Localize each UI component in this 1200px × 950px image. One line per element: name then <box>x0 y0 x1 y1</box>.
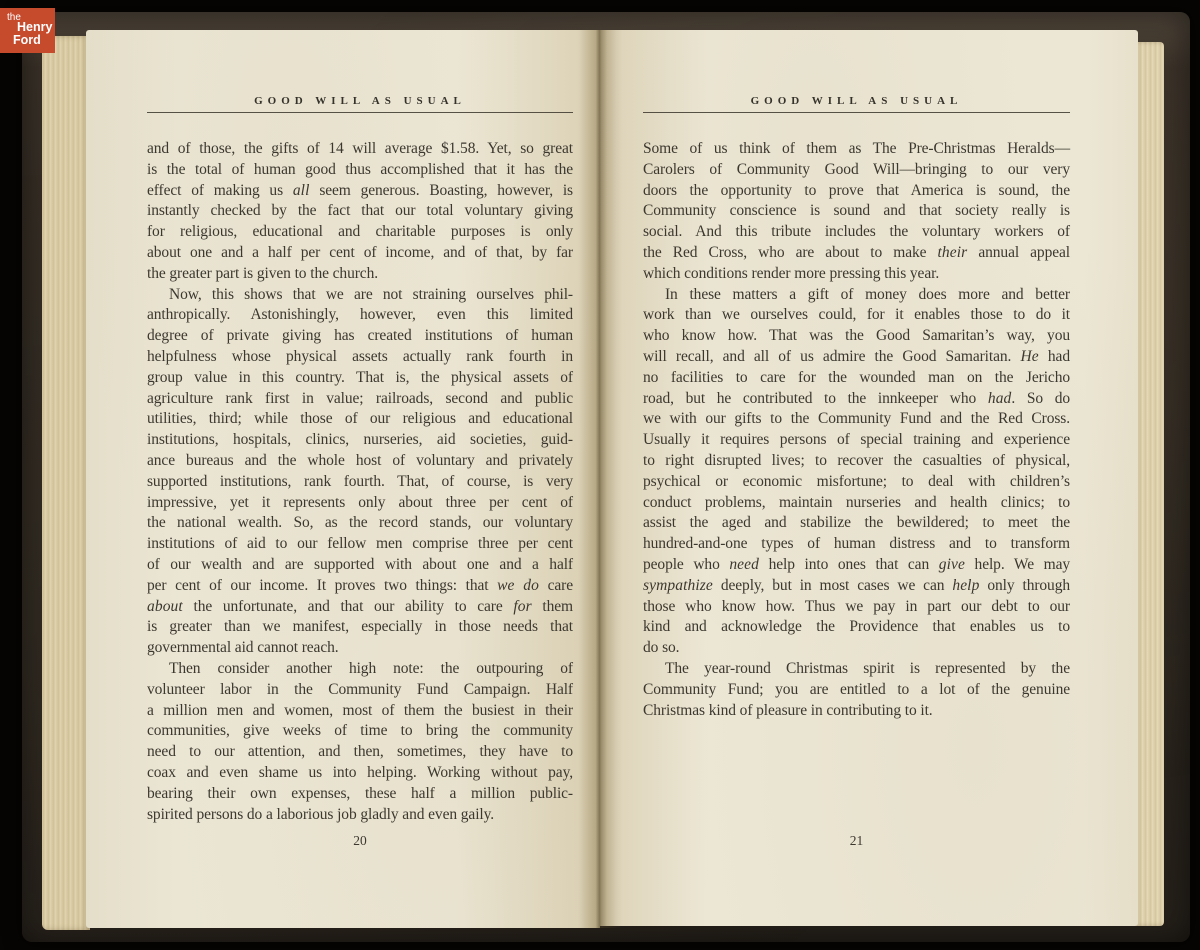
book-page-left: GOOD WILL AS USUAL and of those, the gif… <box>86 30 600 928</box>
text-line: for religious, educational and charitabl… <box>147 222 573 243</box>
text-line: hundred-and-one types of human distress … <box>643 534 1070 555</box>
text-line: the Red Cross, who are about to make the… <box>643 243 1070 264</box>
paragraph: In these matters a gift of money does mo… <box>643 285 1070 659</box>
text-line: In these matters a gift of money does mo… <box>643 285 1070 306</box>
page-number-left: 20 <box>147 833 573 849</box>
paragraph: Now, this shows that we are not strainin… <box>147 285 573 659</box>
text-line: sympathize deeply, but in most cases we … <box>643 576 1070 597</box>
text-line: bearing their own expenses, these half a… <box>147 784 573 805</box>
paragraph: Some of us think of them as The Pre-Chri… <box>643 139 1070 285</box>
text-line: per cent of our income. It proves two th… <box>147 576 573 597</box>
text-line: need to our attention, and then, sometim… <box>147 742 573 763</box>
paragraph: and of those, the gifts of 14 will avera… <box>147 139 573 285</box>
text-line: road, but he contributed to the innkeepe… <box>643 389 1070 410</box>
running-head-rule <box>147 112 573 113</box>
text-line: utilities, third; while those of our rel… <box>147 409 573 430</box>
left-page-body: and of those, the gifts of 14 will avera… <box>147 139 573 825</box>
text-line: supported institutions, rank fourth. Tha… <box>147 472 573 493</box>
text-line: coax and even shame us into helping. Wor… <box>147 763 573 784</box>
text-line: about the unfortunate, and that our abil… <box>147 597 573 618</box>
text-line: is the total of human good thus accompli… <box>147 160 573 181</box>
text-line: The year-round Christmas spirit is repre… <box>643 659 1070 680</box>
text-line: degree of private giving has created ins… <box>147 326 573 347</box>
running-head-left: GOOD WILL AS USUAL <box>147 95 573 107</box>
text-line: no facilities to care for the wounded ma… <box>643 368 1070 389</box>
text-line: conduct problems, maintain nurseries and… <box>643 493 1070 514</box>
text-line: effect of making us all seem generous. B… <box>147 181 573 202</box>
paragraph: The year-round Christmas spirit is repre… <box>643 659 1070 721</box>
text-line: group value in this country. That is, th… <box>147 368 573 389</box>
text-line: is greater than we manifest, especially … <box>147 617 573 638</box>
paragraph: Then consider another high note: the out… <box>147 659 573 825</box>
text-line: the greater part is given to the church. <box>147 264 573 285</box>
text-line: Christmas kind of pleasure in contributi… <box>643 701 1070 722</box>
text-line: anthropically. Astonishingly, however, e… <box>147 305 573 326</box>
text-line: helpfulness whose physical assets actual… <box>147 347 573 368</box>
text-line: about one and a half per cent of income,… <box>147 243 573 264</box>
text-line: which conditions render more pressing th… <box>643 264 1070 285</box>
henry-ford-logo: the Henry Ford <box>0 8 55 53</box>
text-line: psychical or economic misfortune; to dea… <box>643 472 1070 493</box>
text-line: spirited persons do a laborious job glad… <box>147 805 573 826</box>
text-line: assist the aged and stabilize the bewild… <box>643 513 1070 534</box>
page-number-right: 21 <box>643 833 1070 849</box>
logo-word-ford: Ford <box>13 34 41 47</box>
text-line: social. And this tribute includes the vo… <box>643 222 1070 243</box>
text-line: instantly checked by the fact that our t… <box>147 201 573 222</box>
text-line: volunteer labor in the Community Fund Ca… <box>147 680 573 701</box>
text-line: doors the opportunity to prove that Amer… <box>643 181 1070 202</box>
logo-word-henry: Henry <box>17 21 52 34</box>
text-line: we with our gifts to the Community Fund … <box>643 409 1070 430</box>
text-line: institutions, hospitals, clinics, nurser… <box>147 430 573 451</box>
right-text-block: GOOD WILL AS USUAL Some of us think of t… <box>643 95 1070 721</box>
text-line: Usually it requires persons of special t… <box>643 430 1070 451</box>
text-line: people who need help into ones that can … <box>643 555 1070 576</box>
text-line: will recall, and all of us admire the Go… <box>643 347 1070 368</box>
text-line: of our wealth and are supported with abo… <box>147 555 573 576</box>
text-line: work than we ourselves could, for it ena… <box>643 305 1070 326</box>
text-line: kind and acknowledge the Providence that… <box>643 617 1070 638</box>
text-line: who know how. That was the Good Samarita… <box>643 326 1070 347</box>
page-edges-left <box>42 36 90 930</box>
text-line: institutions of aid to our fellow men co… <box>147 534 573 555</box>
running-head-rule <box>643 112 1070 113</box>
running-head-right: GOOD WILL AS USUAL <box>643 95 1070 107</box>
text-line: impressive, yet it represents only about… <box>147 493 573 514</box>
text-line: Carolers of Community Good Will—bringing… <box>643 160 1070 181</box>
text-line: the national wealth. So, as the record s… <box>147 513 573 534</box>
left-text-block: GOOD WILL AS USUAL and of those, the gif… <box>147 95 573 825</box>
text-line: agriculture rank first in value; railroa… <box>147 389 573 410</box>
text-line: those who know how. Thus we pay in part … <box>643 597 1070 618</box>
text-line: governmental aid cannot reach. <box>147 638 573 659</box>
text-line: Then consider another high note: the out… <box>147 659 573 680</box>
right-page-body: Some of us think of them as The Pre-Chri… <box>643 139 1070 721</box>
text-line: to right disrupted lives; to recover the… <box>643 451 1070 472</box>
text-line: and of those, the gifts of 14 will avera… <box>147 139 573 160</box>
text-line: do so. <box>643 638 1070 659</box>
text-line: Now, this shows that we are not strainin… <box>147 285 573 306</box>
text-line: Community Fund; you are entitled to a lo… <box>643 680 1070 701</box>
text-line: Community conscience is sound and that s… <box>643 201 1070 222</box>
text-line: Some of us think of them as The Pre-Chri… <box>643 139 1070 160</box>
book-page-right: GOOD WILL AS USUAL Some of us think of t… <box>600 30 1138 926</box>
text-line: communities, give weeks of time to bring… <box>147 721 573 742</box>
page-edges-right <box>1134 42 1164 926</box>
text-line: ance bureaus and the whole host of volun… <box>147 451 573 472</box>
text-line: a million men and women, most of them th… <box>147 701 573 722</box>
